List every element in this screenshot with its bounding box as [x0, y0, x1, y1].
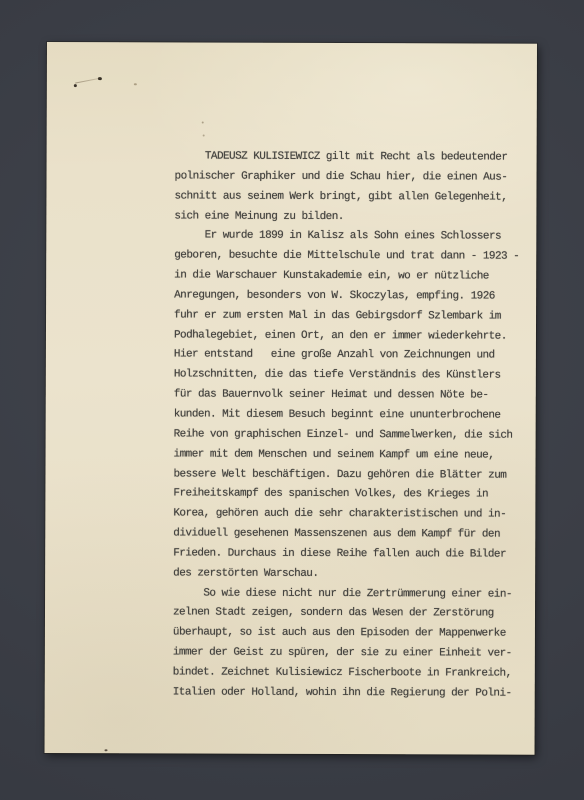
- document-page: TADEUSZ KULISIEWICZ gilt mit Recht als b…: [45, 42, 537, 755]
- text-line: überhaupt, so ist auch aus den Episoden …: [173, 624, 518, 645]
- text-line: polnischer Graphiker und die Schau hier,…: [174, 167, 519, 188]
- text-line: dividuell gesehenen Massenszenen aus dem…: [173, 524, 518, 545]
- text-line: des zerstörten Warschau.: [173, 564, 518, 585]
- text-line: geboren, besuchte die Mittelschule und t…: [174, 247, 519, 268]
- text-line: Anregungen, besonders von W. Skoczylas, …: [174, 286, 519, 307]
- paper-speck: [105, 749, 108, 751]
- text-line: TADEUSZ KULISIEWICZ gilt mit Recht als b…: [175, 147, 520, 168]
- text-line: Podhalegebiet, einen Ort, an den er imme…: [174, 326, 519, 347]
- paper-speck: [203, 135, 205, 137]
- text-line: zelnen Stadt zeigen, sondern das Wesen d…: [173, 604, 518, 625]
- paper-speck: [74, 84, 77, 87]
- text-line: bindet. Zeichnet Kulisiewicz Fischerboot…: [173, 663, 518, 684]
- photo-background: TADEUSZ KULISIEWICZ gilt mit Recht als b…: [0, 0, 584, 800]
- text-line: Hier entstand eine große Anzahl von Zeic…: [174, 346, 519, 367]
- text-line: schnitt aus seinem Werk bringt, gibt all…: [174, 187, 519, 208]
- text-line: immer mit dem Menschen und seinem Kampf …: [174, 445, 519, 466]
- text-line: kunden. Mit diesem Besuch beginnt eine u…: [174, 405, 519, 426]
- text-line: immer der Geist zu spüren, der sie zu ei…: [173, 644, 518, 665]
- text-line: Freiheitskampf des spanischen Volkes, de…: [173, 485, 518, 506]
- text-line: bessere Welt beschäftigen. Dazu gehören …: [173, 465, 518, 486]
- text-line: in die Warschauer Kunstakademie ein, wo …: [174, 267, 519, 288]
- text-line: Holzschnitten, die das tiefe Verständnis…: [174, 366, 519, 387]
- text-line: Korea, gehören auch die sehr charakteris…: [173, 505, 518, 526]
- paper-speck: [134, 83, 137, 85]
- typed-text-block: TADEUSZ KULISIEWICZ gilt mit Recht als b…: [173, 147, 520, 704]
- paper-speck: [202, 122, 204, 124]
- text-line: für das Bauernvolk seiner Heimat und des…: [174, 386, 519, 407]
- text-line: Italien oder Holland, wohin ihn die Regi…: [173, 683, 518, 704]
- text-line: Reihe von graphischen Einzel- und Sammel…: [174, 425, 519, 446]
- text-line: Er wurde 1899 in Kalisz als Sohn eines S…: [174, 227, 519, 248]
- text-line: So wie diese nicht nur die Zertrümmerung…: [173, 584, 518, 605]
- text-line: fuhr er zum ersten Mal in das Gebirgsdor…: [174, 306, 519, 327]
- text-line: sich eine Meinung zu bilden.: [174, 207, 519, 228]
- text-line: Frieden. Durchaus in diese Reihe fallen …: [173, 544, 518, 565]
- paper-scratch: [75, 78, 101, 84]
